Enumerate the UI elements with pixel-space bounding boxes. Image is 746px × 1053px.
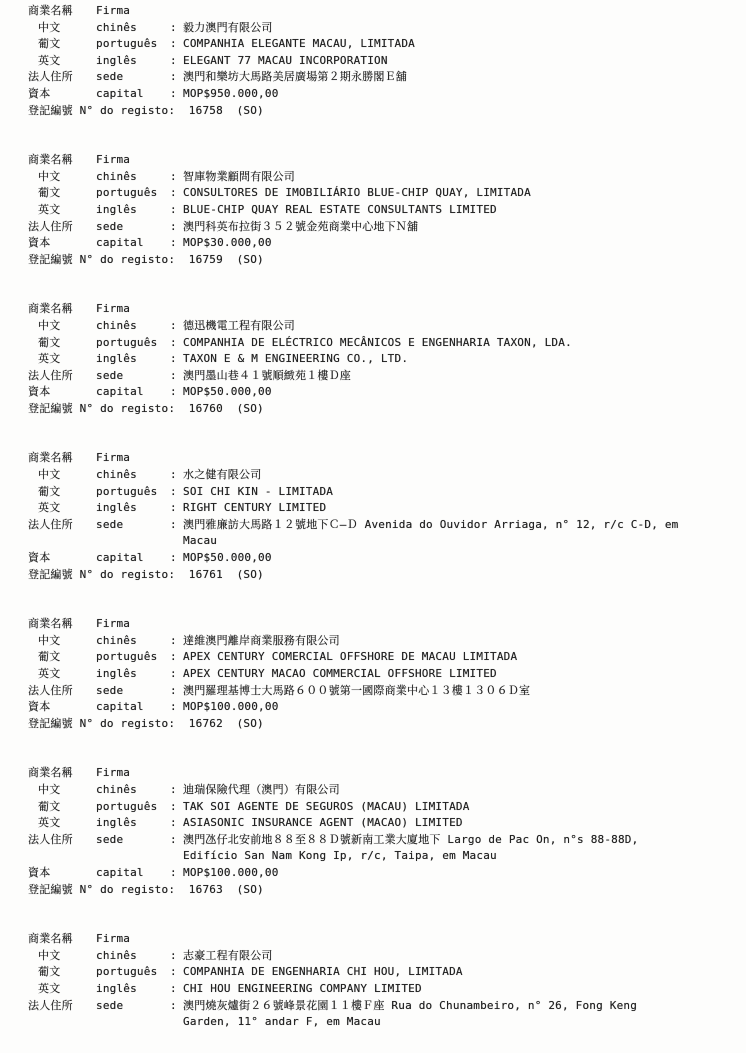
sede-row-label-zh: 法人住所 <box>28 517 96 534</box>
sede-row-label-zh: 法人住所 <box>28 832 96 849</box>
english-name-value: BLUE-CHIP QUAY REAL ESTATE CONSULTANTS L… <box>183 202 738 219</box>
chinese-name-value: 毅力澳門有限公司 <box>183 20 738 37</box>
sede-row: 法人住所sede:澳門氹仔北安前地８８至８８Ｄ號新南工業大廈地下 Largo d… <box>28 832 738 865</box>
capital-row: 資本capital:MOP$30.000,00 <box>28 235 738 252</box>
registo-row: 登記編號 N° do registo: 16758 (SO) <box>28 103 738 120</box>
portuguese-name-value-line: APEX CENTURY COMERCIAL OFFSHORE DE MACAU… <box>183 649 738 666</box>
capital-row: 資本capital:MOP$50.000,00 <box>28 384 738 401</box>
portuguese-name-value-line: CONSULTORES DE IMOBILIÁRIO BLUE-CHIP QUA… <box>183 185 738 202</box>
firma-row-label-zh: 商業名稱 <box>28 931 96 948</box>
registo-label-pt: N° do registo: <box>80 104 189 117</box>
english-name-value: ASIASONIC INSURANCE AGENT (MACAO) LIMITE… <box>183 815 738 832</box>
registo-label-zh: 登記編號 <box>28 717 80 730</box>
english-name-value: RIGHT CENTURY LIMITED <box>183 500 738 517</box>
colon-separator: : <box>170 550 183 567</box>
registo-label-pt: N° do registo: <box>80 568 189 581</box>
colon-separator: : <box>170 53 183 70</box>
portuguese-name-value: COMPANHIA DE ENGENHARIA CHI HOU, LIMITAD… <box>183 964 738 981</box>
colon-separator: : <box>170 683 183 700</box>
records-list: 商業名稱Firma中文chinês:毅力澳門有限公司葡文português:CO… <box>28 3 738 1031</box>
registo-row: 登記編號 N° do registo: 16759 (SO) <box>28 252 738 269</box>
portuguese-name-row-label-pt: português <box>96 649 170 666</box>
firma-row-label-zh: 商業名稱 <box>28 152 96 169</box>
registo-label-zh: 登記編號 <box>28 253 80 266</box>
record-block: 商業名稱Firma中文chinês:水之健有限公司葡文português:SOI… <box>28 450 738 583</box>
registo-number: 16761 <box>189 568 223 581</box>
chinese-name-value: 德迅機電工程有限公司 <box>183 318 738 335</box>
firma-row-label-pt: Firma <box>96 616 170 633</box>
record-block: 商業名稱Firma中文chinês:達維澳門離岸商業服務有限公司葡文portug… <box>28 616 738 732</box>
sede-value: 澳門和樂坊大馬路美居廣場第２期永勝閣Ｅ舖 <box>183 69 738 86</box>
capital-row-label-zh: 資本 <box>28 550 96 567</box>
registo-note: (SO) <box>223 568 264 581</box>
portuguese-name-row-label-zh: 葡文 <box>28 185 96 202</box>
firma-row-label-pt: Firma <box>96 931 170 948</box>
registo-label-zh: 登記編號 <box>28 402 80 415</box>
capital-value-line: MOP$50.000,00 <box>183 550 738 567</box>
chinese-name-value-line: 迪瑞保險代理（澳門）有限公司 <box>183 782 738 799</box>
sede-value-line: 澳門氹仔北安前地８８至８８Ｄ號新南工業大廈地下 Largo de Pac On,… <box>183 832 738 849</box>
colon-separator: : <box>170 69 183 86</box>
portuguese-name-row-label-pt: português <box>96 799 170 816</box>
english-name-row: 英文inglês:ELEGANT 77 MACAU INCORPORATION <box>28 53 738 70</box>
portuguese-name-row-label-zh: 葡文 <box>28 649 96 666</box>
sede-row-label-pt: sede <box>96 998 170 1015</box>
capital-row-label-zh: 資本 <box>28 235 96 252</box>
capital-row-label-pt: capital <box>96 865 170 882</box>
english-name-row-label-pt: inglês <box>96 202 170 219</box>
english-name-value-line: ASIASONIC INSURANCE AGENT (MACAO) LIMITE… <box>183 815 738 832</box>
registo-label-zh: 登記編號 <box>28 883 80 896</box>
chinese-name-row: 中文chinês:毅力澳門有限公司 <box>28 20 738 37</box>
firma-row: 商業名稱Firma <box>28 616 738 633</box>
registo-number: 16763 <box>189 883 223 896</box>
chinese-name-row-label-zh: 中文 <box>28 633 96 650</box>
sede-value: 澳門雅廉訪大馬路１２號地下Ｃ—Ｄ Avenida do Ouvidor Arri… <box>183 517 738 550</box>
chinese-name-row-label-pt: chinês <box>96 782 170 799</box>
firma-row: 商業名稱Firma <box>28 931 738 948</box>
english-name-row-label-pt: inglês <box>96 53 170 70</box>
firma-row-label-pt: Firma <box>96 765 170 782</box>
colon-separator: : <box>170 368 183 385</box>
firma-row: 商業名稱Firma <box>28 301 738 318</box>
record-block: 商業名稱Firma中文chinês:志豪工程有限公司葡文português:CO… <box>28 931 738 1031</box>
sede-row-label-pt: sede <box>96 683 170 700</box>
record-block: 商業名稱Firma中文chinês:智庫物業顧問有限公司葡文português:… <box>28 152 738 268</box>
chinese-name-value-line: 智庫物業顧問有限公司 <box>183 169 738 186</box>
portuguese-name-value-line: COMPANHIA DE ENGENHARIA CHI HOU, LIMITAD… <box>183 964 738 981</box>
english-name-row: 英文inglês:APEX CENTURY MACAO COMMERCIAL O… <box>28 666 738 683</box>
chinese-name-row-label-pt: chinês <box>96 948 170 965</box>
chinese-name-value-line: 德迅機電工程有限公司 <box>183 318 738 335</box>
colon-separator: : <box>170 318 183 335</box>
sede-value: 澳門燒灰爐街２６號峰景花園１１樓Ｆ座 Rua do Chunambeiro, n… <box>183 998 738 1031</box>
sede-row-label-zh: 法人住所 <box>28 69 96 86</box>
portuguese-name-value: SOI CHI KIN - LIMITADA <box>183 484 738 501</box>
capital-value: MOP$30.000,00 <box>183 235 738 252</box>
chinese-name-value: 達維澳門離岸商業服務有限公司 <box>183 633 738 650</box>
capital-value-line: MOP$30.000,00 <box>183 235 738 252</box>
portuguese-name-row: 葡文português:TAK SOI AGENTE DE SEGUROS (M… <box>28 799 738 816</box>
chinese-name-row-label-pt: chinês <box>96 467 170 484</box>
registo-note: (SO) <box>223 104 264 117</box>
chinese-name-row-label-pt: chinês <box>96 633 170 650</box>
english-name-value: CHI HOU ENGINEERING COMPANY LIMITED <box>183 981 738 998</box>
portuguese-name-row: 葡文português:CONSULTORES DE IMOBILIÁRIO B… <box>28 185 738 202</box>
registo-number: 16762 <box>189 717 223 730</box>
sede-value: 澳門氹仔北安前地８８至８８Ｄ號新南工業大廈地下 Largo de Pac On,… <box>183 832 738 865</box>
sede-value-line: 澳門羅理基博士大馬路６００號第一國際商業中心１３樓１３０６Ｄ室 <box>183 683 738 700</box>
portuguese-name-value: APEX CENTURY COMERCIAL OFFSHORE DE MACAU… <box>183 649 738 666</box>
english-name-row-label-pt: inglês <box>96 981 170 998</box>
registo-label-zh: 登記編號 <box>28 104 80 117</box>
sede-row-label-pt: sede <box>96 219 170 236</box>
sede-row: 法人住所sede:澳門科英布拉街３５２號金苑商業中心地下Ｎ舖 <box>28 219 738 236</box>
firma-row-label-zh: 商業名稱 <box>28 765 96 782</box>
portuguese-name-row-label-pt: português <box>96 335 170 352</box>
sede-value-line: 澳門墨山巷４１號順緻苑１樓Ｄ座 <box>183 368 738 385</box>
sede-value-line: 澳門燒灰爐街２６號峰景花園１１樓Ｆ座 Rua do Chunambeiro, n… <box>183 998 738 1015</box>
colon-separator: : <box>170 998 183 1015</box>
colon-separator: : <box>170 384 183 401</box>
english-name-row-label-pt: inglês <box>96 351 170 368</box>
portuguese-name-value: COMPANHIA ELEGANTE MACAU, LIMITADA <box>183 36 738 53</box>
registry-page: 商業名稱Firma中文chinês:毅力澳門有限公司葡文português:CO… <box>0 0 746 1053</box>
registo-label-pt: N° do registo: <box>80 717 189 730</box>
capital-value-line: MOP$100.000,00 <box>183 699 738 716</box>
capital-row-label-pt: capital <box>96 699 170 716</box>
chinese-name-row-label-zh: 中文 <box>28 169 96 186</box>
firma-row-label-zh: 商業名稱 <box>28 3 96 20</box>
portuguese-name-value-line: COMPANHIA ELEGANTE MACAU, LIMITADA <box>183 36 738 53</box>
chinese-name-row-label-zh: 中文 <box>28 948 96 965</box>
english-name-row-label-zh: 英文 <box>28 815 96 832</box>
english-name-row-label-zh: 英文 <box>28 53 96 70</box>
registo-row: 登記編號 N° do registo: 16760 (SO) <box>28 401 738 418</box>
chinese-name-row: 中文chinês:達維澳門離岸商業服務有限公司 <box>28 633 738 650</box>
colon-separator: : <box>170 235 183 252</box>
firma-row-label-zh: 商業名稱 <box>28 301 96 318</box>
portuguese-name-row-label-pt: português <box>96 185 170 202</box>
colon-separator: : <box>170 185 183 202</box>
english-name-row: 英文inglês:TAXON E & M ENGINEERING CO., LT… <box>28 351 738 368</box>
sede-row-label-zh: 法人住所 <box>28 219 96 236</box>
capital-row-label-pt: capital <box>96 235 170 252</box>
sede-row: 法人住所sede:澳門燒灰爐街２６號峰景花園１１樓Ｆ座 Rua do Chuna… <box>28 998 738 1031</box>
colon-separator: : <box>170 649 183 666</box>
english-name-row-label-zh: 英文 <box>28 666 96 683</box>
portuguese-name-row-label-pt: português <box>96 964 170 981</box>
portuguese-name-row-label-zh: 葡文 <box>28 36 96 53</box>
sede-row-label-zh: 法人住所 <box>28 683 96 700</box>
sede-value-line: Edifício San Nam Kong Ip, r/c, Taipa, em… <box>183 848 738 865</box>
chinese-name-row-label-zh: 中文 <box>28 782 96 799</box>
english-name-row-label-pt: inglês <box>96 815 170 832</box>
record-block: 商業名稱Firma中文chinês:德迅機電工程有限公司葡文português:… <box>28 301 738 417</box>
colon-separator: : <box>170 699 183 716</box>
chinese-name-row-label-pt: chinês <box>96 169 170 186</box>
registo-label-pt: N° do registo: <box>80 402 189 415</box>
registo-number: 16758 <box>189 104 223 117</box>
capital-row: 資本capital:MOP$50.000,00 <box>28 550 738 567</box>
portuguese-name-row-label-zh: 葡文 <box>28 484 96 501</box>
capital-row-label-zh: 資本 <box>28 86 96 103</box>
registo-note: (SO) <box>223 717 264 730</box>
colon-separator: : <box>170 219 183 236</box>
portuguese-name-row: 葡文português:COMPANHIA ELEGANTE MACAU, LI… <box>28 36 738 53</box>
colon-separator: : <box>170 782 183 799</box>
sede-row-label-zh: 法人住所 <box>28 998 96 1015</box>
firma-row-label-zh: 商業名稱 <box>28 450 96 467</box>
sede-value-line: Garden, 11° andar F, em Macau <box>183 1014 738 1031</box>
capital-value: MOP$50.000,00 <box>183 384 738 401</box>
english-name-value: ELEGANT 77 MACAU INCORPORATION <box>183 53 738 70</box>
capital-row-label-pt: capital <box>96 550 170 567</box>
chinese-name-value: 迪瑞保險代理（澳門）有限公司 <box>183 782 738 799</box>
colon-separator: : <box>170 500 183 517</box>
capital-row: 資本capital:MOP$100.000,00 <box>28 865 738 882</box>
chinese-name-value-line: 水之健有限公司 <box>183 467 738 484</box>
colon-separator: : <box>170 335 183 352</box>
portuguese-name-value: COMPANHIA DE ELÉCTRICO MECÂNICOS E ENGEN… <box>183 335 738 352</box>
colon-separator: : <box>170 815 183 832</box>
capital-row-label-zh: 資本 <box>28 865 96 882</box>
chinese-name-value: 志豪工程有限公司 <box>183 948 738 965</box>
colon-separator: : <box>170 865 183 882</box>
colon-separator: : <box>170 169 183 186</box>
colon-separator: : <box>170 981 183 998</box>
capital-row-label-zh: 資本 <box>28 699 96 716</box>
sede-value-line: 澳門科英布拉街３５２號金苑商業中心地下Ｎ舖 <box>183 219 738 236</box>
sede-row: 法人住所sede:澳門和樂坊大馬路美居廣場第２期永勝閣Ｅ舖 <box>28 69 738 86</box>
chinese-name-row-label-zh: 中文 <box>28 20 96 37</box>
portuguese-name-row-label-zh: 葡文 <box>28 335 96 352</box>
english-name-row: 英文inglês:ASIASONIC INSURANCE AGENT (MACA… <box>28 815 738 832</box>
portuguese-name-value-line: SOI CHI KIN - LIMITADA <box>183 484 738 501</box>
colon-separator: : <box>170 799 183 816</box>
chinese-name-row: 中文chinês:智庫物業顧問有限公司 <box>28 169 738 186</box>
registo-note: (SO) <box>223 402 264 415</box>
sede-row-label-pt: sede <box>96 832 170 849</box>
chinese-name-value-line: 毅力澳門有限公司 <box>183 20 738 37</box>
english-name-row-label-zh: 英文 <box>28 981 96 998</box>
colon-separator: : <box>170 633 183 650</box>
portuguese-name-row: 葡文português:COMPANHIA DE ENGENHARIA CHI … <box>28 964 738 981</box>
registo-number: 16759 <box>189 253 223 266</box>
colon-separator: : <box>170 351 183 368</box>
registo-label-zh: 登記編號 <box>28 568 80 581</box>
registo-row: 登記編號 N° do registo: 16761 (SO) <box>28 567 738 584</box>
portuguese-name-row: 葡文português:COMPANHIA DE ELÉCTRICO MECÂN… <box>28 335 738 352</box>
firma-row: 商業名稱Firma <box>28 765 738 782</box>
capital-value: MOP$100.000,00 <box>183 865 738 882</box>
chinese-name-value-line: 志豪工程有限公司 <box>183 948 738 965</box>
registo-label-pt: N° do registo: <box>80 883 189 896</box>
capital-value: MOP$950.000,00 <box>183 86 738 103</box>
registo-note: (SO) <box>223 883 264 896</box>
english-name-value-line: CHI HOU ENGINEERING COMPANY LIMITED <box>183 981 738 998</box>
portuguese-name-value: TAK SOI AGENTE DE SEGUROS (MACAU) LIMITA… <box>183 799 738 816</box>
firma-row-label-pt: Firma <box>96 3 170 20</box>
chinese-name-value: 水之健有限公司 <box>183 467 738 484</box>
registo-label-pt: N° do registo: <box>80 253 189 266</box>
capital-value-line: MOP$50.000,00 <box>183 384 738 401</box>
capital-row: 資本capital:MOP$950.000,00 <box>28 86 738 103</box>
portuguese-name-row-label-zh: 葡文 <box>28 799 96 816</box>
sede-value-line: Macau <box>183 533 738 550</box>
portuguese-name-row-label-pt: português <box>96 484 170 501</box>
capital-row-label-zh: 資本 <box>28 384 96 401</box>
colon-separator: : <box>170 964 183 981</box>
capital-value: MOP$50.000,00 <box>183 550 738 567</box>
colon-separator: : <box>170 832 183 849</box>
english-name-value-line: APEX CENTURY MACAO COMMERCIAL OFFSHORE L… <box>183 666 738 683</box>
sede-value: 澳門墨山巷４１號順緻苑１樓Ｄ座 <box>183 368 738 385</box>
sede-row-label-pt: sede <box>96 69 170 86</box>
colon-separator: : <box>170 484 183 501</box>
sede-row-label-pt: sede <box>96 368 170 385</box>
capital-value: MOP$100.000,00 <box>183 699 738 716</box>
colon-separator: : <box>170 20 183 37</box>
colon-separator: : <box>170 86 183 103</box>
english-name-row-label-pt: inglês <box>96 500 170 517</box>
portuguese-name-value-line: TAK SOI AGENTE DE SEGUROS (MACAU) LIMITA… <box>183 799 738 816</box>
firma-row-label-pt: Firma <box>96 152 170 169</box>
sede-row: 法人住所sede:澳門雅廉訪大馬路１２號地下Ｃ—Ｄ Avenida do Ouv… <box>28 517 738 550</box>
english-name-row-label-zh: 英文 <box>28 202 96 219</box>
registo-number: 16760 <box>189 402 223 415</box>
chinese-name-value-line: 達維澳門離岸商業服務有限公司 <box>183 633 738 650</box>
english-name-value-line: ELEGANT 77 MACAU INCORPORATION <box>183 53 738 70</box>
english-name-row-label-pt: inglês <box>96 666 170 683</box>
record-block: 商業名稱Firma中文chinês:毅力澳門有限公司葡文português:CO… <box>28 3 738 119</box>
sede-row-label-pt: sede <box>96 517 170 534</box>
chinese-name-row-label-pt: chinês <box>96 20 170 37</box>
sede-value-line: 澳門雅廉訪大馬路１２號地下Ｃ—Ｄ Avenida do Ouvidor Arri… <box>183 517 738 534</box>
sede-value: 澳門科英布拉街３５２號金苑商業中心地下Ｎ舖 <box>183 219 738 236</box>
english-name-row: 英文inglês:RIGHT CENTURY LIMITED <box>28 500 738 517</box>
sede-row-label-zh: 法人住所 <box>28 368 96 385</box>
chinese-name-row: 中文chinês:志豪工程有限公司 <box>28 948 738 965</box>
portuguese-name-row-label-pt: português <box>96 36 170 53</box>
capital-row-label-pt: capital <box>96 86 170 103</box>
registo-row: 登記編號 N° do registo: 16762 (SO) <box>28 716 738 733</box>
portuguese-name-row: 葡文português:APEX CENTURY COMERCIAL OFFSH… <box>28 649 738 666</box>
portuguese-name-row-label-zh: 葡文 <box>28 964 96 981</box>
firma-row: 商業名稱Firma <box>28 3 738 20</box>
english-name-value-line: BLUE-CHIP QUAY REAL ESTATE CONSULTANTS L… <box>183 202 738 219</box>
chinese-name-row: 中文chinês:德迅機電工程有限公司 <box>28 318 738 335</box>
english-name-row: 英文inglês:CHI HOU ENGINEERING COMPANY LIM… <box>28 981 738 998</box>
record-block: 商業名稱Firma中文chinês:迪瑞保險代理（澳門）有限公司葡文portug… <box>28 765 738 898</box>
colon-separator: : <box>170 36 183 53</box>
capital-row: 資本capital:MOP$100.000,00 <box>28 699 738 716</box>
colon-separator: : <box>170 467 183 484</box>
capital-value-line: MOP$950.000,00 <box>183 86 738 103</box>
portuguese-name-value: CONSULTORES DE IMOBILIÁRIO BLUE-CHIP QUA… <box>183 185 738 202</box>
english-name-value-line: RIGHT CENTURY LIMITED <box>183 500 738 517</box>
chinese-name-row-label-zh: 中文 <box>28 467 96 484</box>
chinese-name-row-label-zh: 中文 <box>28 318 96 335</box>
sede-value-line: 澳門和樂坊大馬路美居廣場第２期永勝閣Ｅ舖 <box>183 69 738 86</box>
english-name-row-label-zh: 英文 <box>28 351 96 368</box>
portuguese-name-value-line: COMPANHIA DE ELÉCTRICO MECÂNICOS E ENGEN… <box>183 335 738 352</box>
chinese-name-row-label-pt: chinês <box>96 318 170 335</box>
capital-row-label-pt: capital <box>96 384 170 401</box>
sede-row: 法人住所sede:澳門羅理基博士大馬路６００號第一國際商業中心１３樓１３０６Ｄ室 <box>28 683 738 700</box>
colon-separator: : <box>170 202 183 219</box>
firma-row: 商業名稱Firma <box>28 152 738 169</box>
colon-separator: : <box>170 666 183 683</box>
firma-row-label-zh: 商業名稱 <box>28 616 96 633</box>
english-name-value: APEX CENTURY MACAO COMMERCIAL OFFSHORE L… <box>183 666 738 683</box>
chinese-name-value: 智庫物業顧問有限公司 <box>183 169 738 186</box>
portuguese-name-row: 葡文português:SOI CHI KIN - LIMITADA <box>28 484 738 501</box>
chinese-name-row: 中文chinês:水之健有限公司 <box>28 467 738 484</box>
registo-row: 登記編號 N° do registo: 16763 (SO) <box>28 882 738 899</box>
chinese-name-row: 中文chinês:迪瑞保險代理（澳門）有限公司 <box>28 782 738 799</box>
colon-separator: : <box>170 948 183 965</box>
firma-row: 商業名稱Firma <box>28 450 738 467</box>
capital-value-line: MOP$100.000,00 <box>183 865 738 882</box>
registo-note: (SO) <box>223 253 264 266</box>
english-name-row: 英文inglês:BLUE-CHIP QUAY REAL ESTATE CONS… <box>28 202 738 219</box>
colon-separator: : <box>170 517 183 534</box>
sede-value: 澳門羅理基博士大馬路６００號第一國際商業中心１３樓１３０６Ｄ室 <box>183 683 738 700</box>
english-name-value: TAXON E & M ENGINEERING CO., LTD. <box>183 351 738 368</box>
english-name-row-label-zh: 英文 <box>28 500 96 517</box>
firma-row-label-pt: Firma <box>96 301 170 318</box>
sede-row: 法人住所sede:澳門墨山巷４１號順緻苑１樓Ｄ座 <box>28 368 738 385</box>
english-name-value-line: TAXON E & M ENGINEERING CO., LTD. <box>183 351 738 368</box>
firma-row-label-pt: Firma <box>96 450 170 467</box>
